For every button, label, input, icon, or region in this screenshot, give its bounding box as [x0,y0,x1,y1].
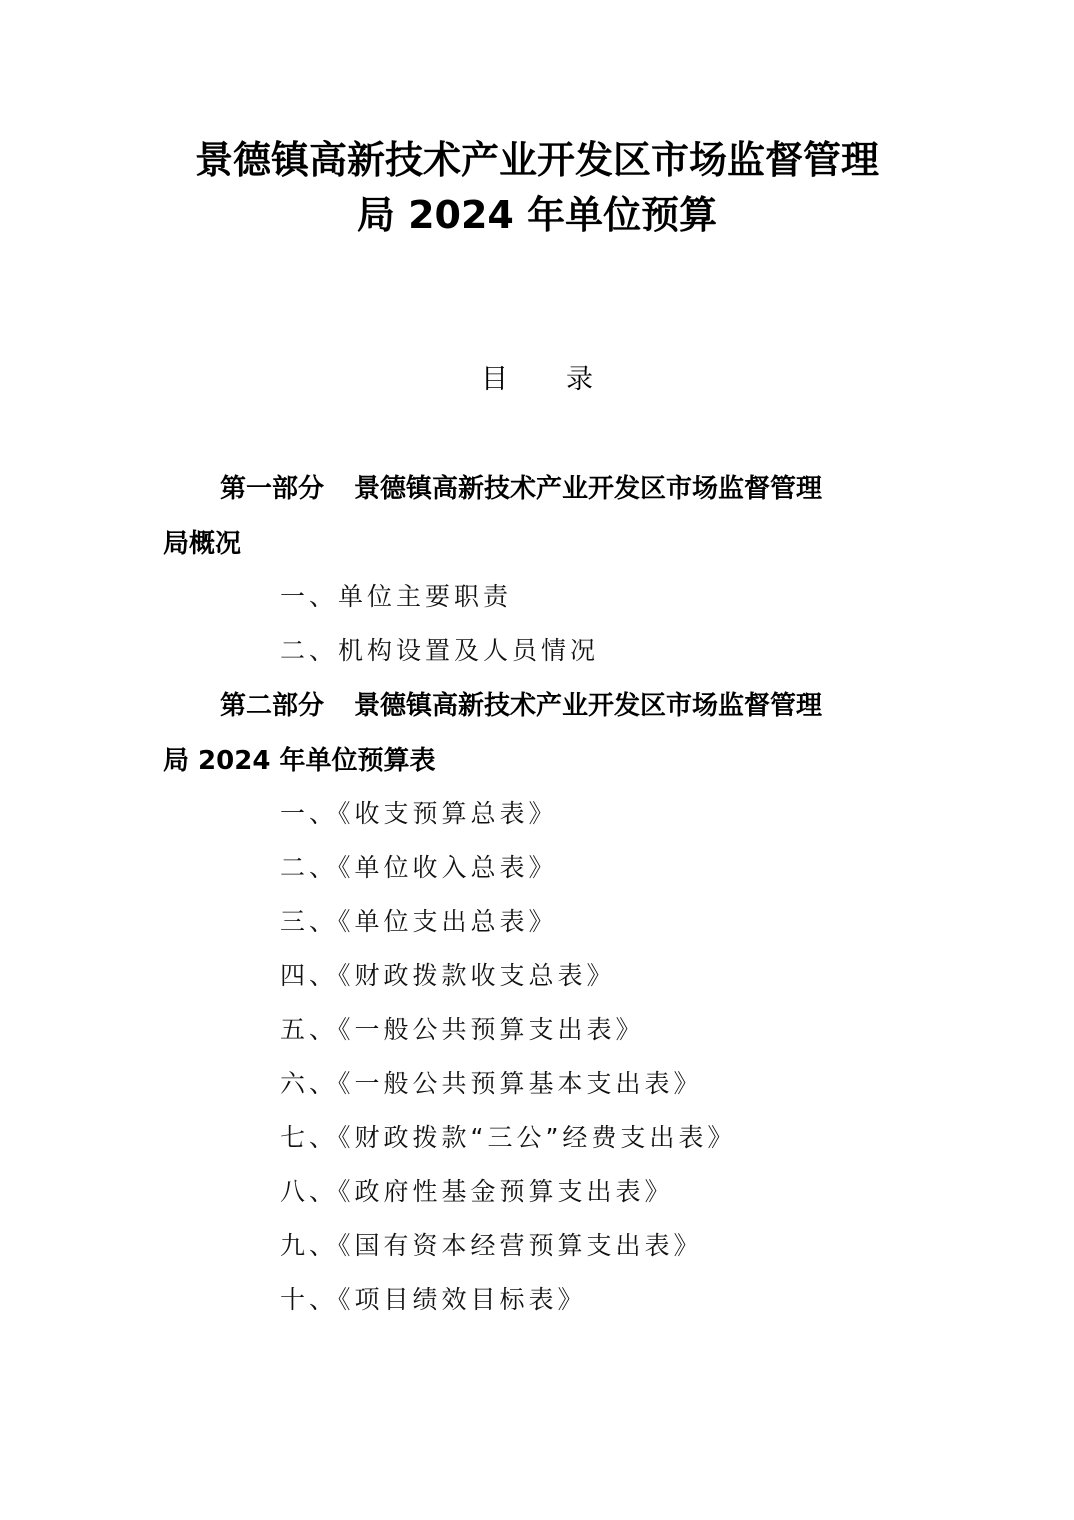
toc-item[interactable]: 九、《国有资本经营预算支出表》 [280,1226,703,1266]
toc-item[interactable]: 五、《一般公共预算支出表》 [280,1010,645,1050]
document-page: 景德镇高新技术产业开发区市场监督管理 局 2024 年单位预算 目录 第一部分景… [0,0,1074,1520]
toc-item[interactable]: 七、《财政拨款“三公”经费支出表》 [280,1118,736,1158]
part-2-label: 第二部分 [220,691,324,721]
toc-heading-char-2: 录 [566,364,593,395]
part-1-heading[interactable]: 第一部分景德镇高新技术产业开发区市场监督管理 [220,467,822,511]
toc-item[interactable]: 二、《单位收入总表》 [280,848,558,888]
toc-item[interactable]: 十、《项目绩效目标表》 [280,1280,587,1320]
table-of-contents-heading: 目录 [0,358,1074,402]
toc-item[interactable]: 一、《收支预算总表》 [280,794,558,834]
part-2-title-continuation: 局 2024 年单位预算表 [163,739,435,783]
document-title-line-1: 景德镇高新技术产业开发区市场监督管理 [0,130,1074,190]
toc-item[interactable]: 三、《单位支出总表》 [280,902,558,942]
part-1-label: 第一部分 [220,474,324,504]
toc-item[interactable]: 八、《政府性基金预算支出表》 [280,1172,674,1212]
part-2-heading[interactable]: 第二部分景德镇高新技术产业开发区市场监督管理 [220,684,822,728]
part-1-title: 景德镇高新技术产业开发区市场监督管理 [354,474,822,504]
toc-item[interactable]: 一、单位主要职责 [280,577,512,617]
part-1-title-continuation: 局概况 [163,522,241,566]
document-title-line-2: 局 2024 年单位预算 [0,185,1074,245]
part-2-title: 景德镇高新技术产业开发区市场监督管理 [354,691,822,721]
toc-item[interactable]: 二、机构设置及人员情况 [280,631,599,671]
toc-heading-char-1: 目 [481,364,508,395]
toc-item[interactable]: 六、《一般公共预算基本支出表》 [280,1064,703,1104]
toc-item[interactable]: 四、《财政拨款收支总表》 [280,956,616,996]
